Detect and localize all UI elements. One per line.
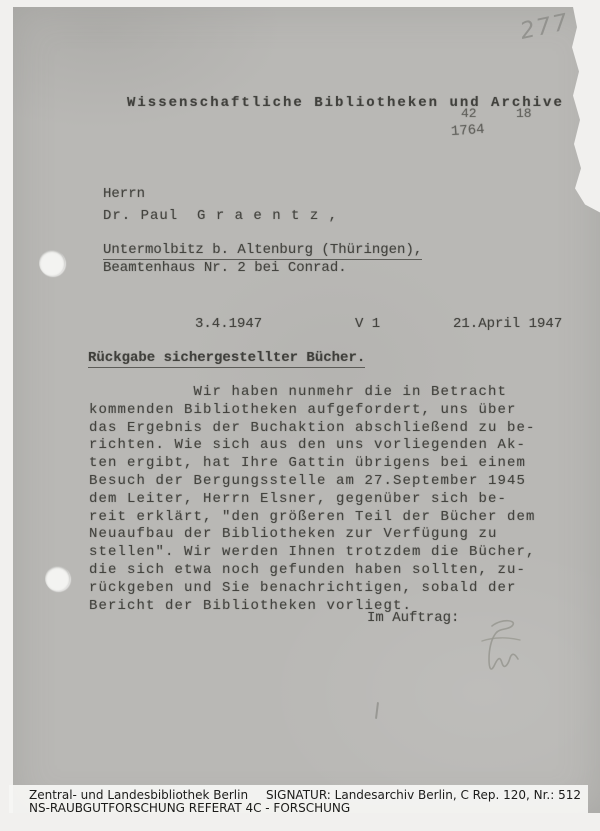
closing-line: Im Auftrag:	[367, 610, 459, 626]
stamp-number-right: 18	[516, 106, 532, 121]
footer-signature-reference: SIGNATUR: Landesarchiv Berlin, C Rep. 12…	[266, 788, 581, 802]
date-received: 3.4.1947	[195, 316, 262, 332]
stamp-number-below: 1764	[450, 122, 485, 140]
subject-underlined: Rückgabe sichergestellter Bücher.	[88, 350, 365, 368]
footer-library-name: Zentral- und Landesbibliothek Berlin	[29, 788, 248, 802]
letter-body: Wir haben nunmehr die in Betracht kommen…	[89, 384, 536, 615]
file-reference: V 1	[355, 316, 380, 332]
stamp-number-left: 42	[461, 106, 477, 121]
date-sent: 21.April 1947	[453, 316, 562, 332]
recipient-salutation: Herrn	[103, 186, 145, 202]
handwritten-signature	[476, 618, 538, 678]
footer-department: NS-RAUBGUTFORSCHUNG REFERAT 4C - FORSCHU…	[29, 801, 350, 815]
scanned-letter-page: 277 Wissenschaftliche Bibliotheken und A…	[0, 0, 600, 831]
recipient-name: Dr. Paul G r a e n t z ,	[103, 208, 338, 224]
recipient-address-line2: Beamtenhaus Nr. 2 bei Conrad.	[103, 260, 347, 276]
subject-line: Rückgabe sichergestellter Bücher.	[88, 350, 365, 366]
recipient-address-underlined: Untermolbitz b. Altenburg (Thüringen),	[103, 242, 422, 260]
punch-hole-top	[39, 250, 65, 276]
letterhead-title: Wissenschaftliche Bibliotheken und Archi…	[127, 95, 564, 111]
recipient-address-line1: Untermolbitz b. Altenburg (Thüringen),	[103, 242, 422, 258]
punch-hole-bottom	[45, 566, 70, 591]
